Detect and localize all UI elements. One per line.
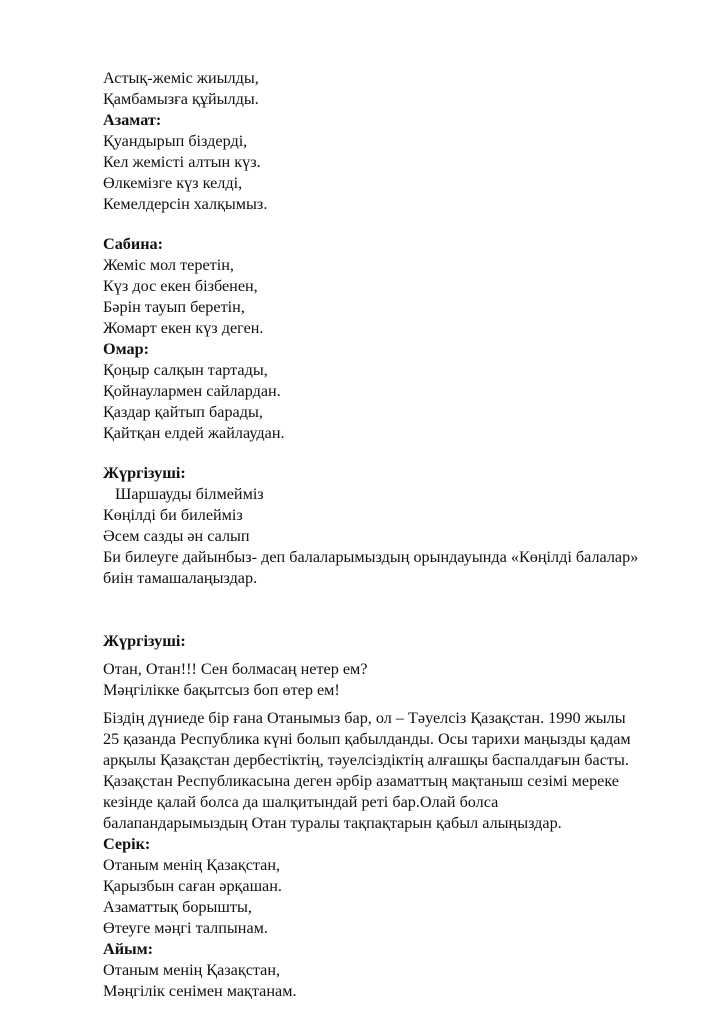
text-line: Күз дос екен бізбенен, <box>103 276 703 297</box>
text-line: Қайтқан елдей жайлаудан. <box>103 423 703 444</box>
text-line: Кел жемісті алтын күз. <box>103 152 703 173</box>
text-line: Жомарт екен күз деген. <box>103 318 703 339</box>
text-line: Қаздар қайтып барады, <box>103 402 703 423</box>
spacer <box>103 652 703 659</box>
text-line: Отан, Отан!!! Сен болмасаң нетер ем? <box>103 659 703 680</box>
text-line: биін тамашалаңыздар. <box>103 568 703 589</box>
text-line: Мәңгілік сенімен мақтанам. <box>103 981 703 1002</box>
text-line: Кемелдерсін халқымыз. <box>103 194 703 215</box>
text-line: Өтеуге мәңгі талпынам. <box>103 918 703 939</box>
spacer <box>103 444 703 463</box>
text-line: балапандарымыздың Отан туралы тақпақтары… <box>103 813 703 834</box>
text-line: 25 қазанда Республика күні болып қабылда… <box>103 729 703 750</box>
text-line: Қоңыр салқын тартады, <box>103 360 703 381</box>
text-line: Көңілді би билейміз <box>103 505 703 526</box>
speaker-label: Азамат: <box>103 110 703 131</box>
text-line: Әсем сазды ән салып <box>103 526 703 547</box>
text-line: Қойнаулармен сайлардан. <box>103 381 703 402</box>
text-line: Бәрін тауып беретін, <box>103 297 703 318</box>
text-line: Мәңгілікке бақытсыз боп өтер ем! <box>103 680 703 701</box>
text-line: Қамбамызға құйылды. <box>103 89 703 110</box>
spacer <box>103 701 703 708</box>
text-line: Астық-жеміс жиылды, <box>103 68 703 89</box>
text-line: Азаматтық борышты, <box>103 897 703 918</box>
text-line: Біздің дүниеде бір ғана Отанымыз бар, ол… <box>103 708 703 729</box>
text-line: кезінде қалай болса да шалқитындай реті … <box>103 792 703 813</box>
document-page: Астық-жеміс жиылды,Қамбамызға құйылды.Аз… <box>103 68 703 1002</box>
text-line: Өлкемізге күз келді, <box>103 173 703 194</box>
text-line: Отаным менің Қазақстан, <box>103 960 703 981</box>
speaker-label: Серік: <box>103 834 703 855</box>
text-line: Жеміс мол теретін, <box>103 255 703 276</box>
spacer <box>103 589 703 631</box>
speaker-label: Омар: <box>103 339 703 360</box>
text-line: арқылы Қазақстан дербестіктің, тәуелсізд… <box>103 750 703 771</box>
speaker-label: Сабина: <box>103 234 703 255</box>
text-line: Отаным менің Қазақстан, <box>103 855 703 876</box>
speaker-label: Жүргізуші: <box>103 463 703 484</box>
speaker-label: Жүргізуші: <box>103 631 703 652</box>
text-line: Қазақстан Республикасына деген әрбір аза… <box>103 771 703 792</box>
text-line: Қарызбын саған әрқашан. <box>103 876 703 897</box>
spacer <box>103 215 703 234</box>
text-line: Қуандырып біздерді, <box>103 131 703 152</box>
text-line: Би билеуге дайынбыз- деп балаларымыздың … <box>103 547 703 568</box>
speaker-label: Айым: <box>103 939 703 960</box>
text-line: Шаршауды білмейміз <box>103 484 703 505</box>
